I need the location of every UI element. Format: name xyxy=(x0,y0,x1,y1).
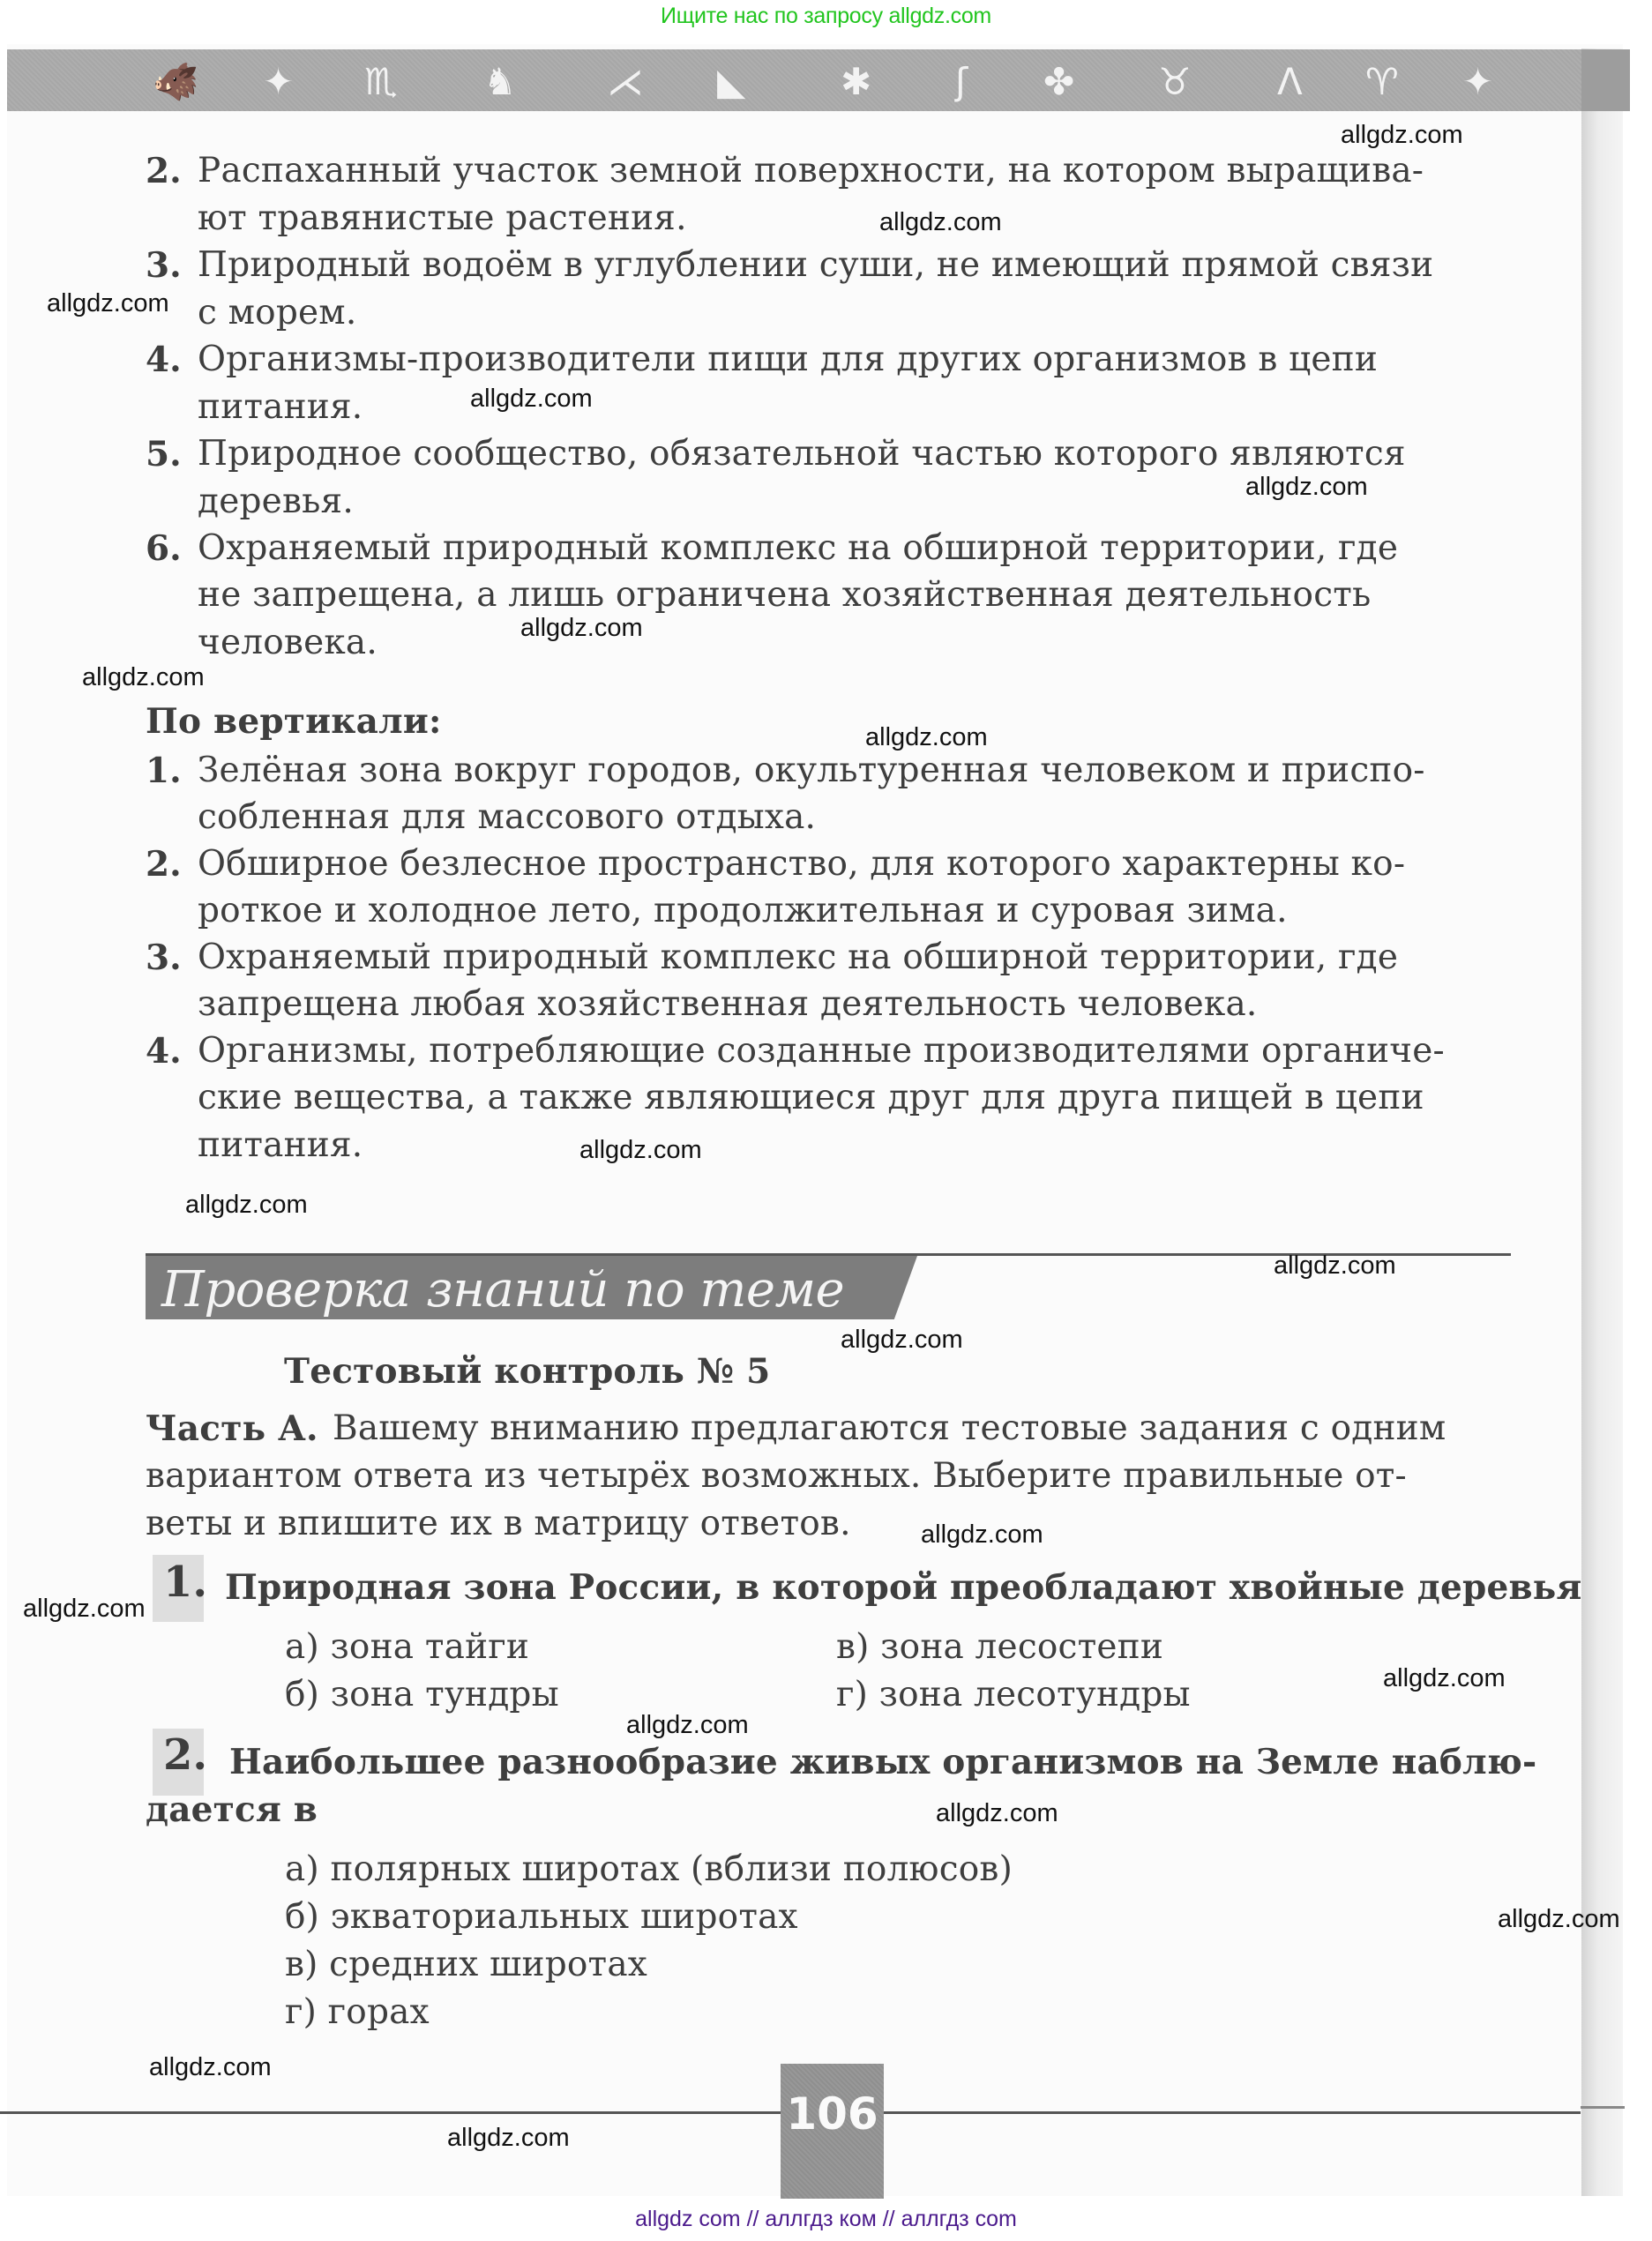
page-number-badge: 106 xyxy=(781,2064,884,2199)
answer-option-b[interactable]: б) экваториальных широтах xyxy=(285,1900,798,1935)
clue-line: роткое и холодное лето, продолжительная … xyxy=(198,893,1288,929)
watermark: allgdz.com xyxy=(1274,1251,1396,1281)
butterfly-icon: ✦ xyxy=(1462,63,1493,101)
question-text: Наибольшее разнообразие живых организмов… xyxy=(229,1744,1536,1780)
clue-number: 2. xyxy=(146,847,182,882)
clue-line: деревья. xyxy=(198,484,354,519)
answer-option-g[interactable]: г) горах xyxy=(285,1995,430,2030)
boar-icon: 🐗 xyxy=(153,63,198,101)
answer-option-g[interactable]: г) зона лесотундры xyxy=(836,1677,1191,1713)
butterfly-icon: ✦ xyxy=(263,63,294,101)
clue-number: 2. xyxy=(146,153,182,189)
bison-icon: ♉ xyxy=(1158,63,1192,101)
answer-option-v[interactable]: в) средних широтах xyxy=(285,1947,647,1983)
watermark: allgdz.com xyxy=(936,1799,1058,1828)
clue-line: питания. xyxy=(198,390,363,425)
clue-number: 3. xyxy=(146,248,182,283)
clue-line: с морем. xyxy=(198,295,356,331)
clue-line: Природный водоём в углублении суши, не и… xyxy=(198,248,1433,283)
question-text: Природная зона России, в которой преобла… xyxy=(225,1570,1581,1605)
answer-option-v[interactable]: в) зона лесостепи xyxy=(836,1630,1163,1665)
watermark: allgdz.com xyxy=(879,208,1002,237)
moth-icon: ✤ xyxy=(1043,63,1074,101)
bottom-banner[interactable]: allgdz com // аллгдз ком // аллгдз com xyxy=(0,2207,1652,2232)
beetle-icon: ✱ xyxy=(841,63,871,101)
clue-line: Организмы, потребляющие созданные произв… xyxy=(198,1034,1445,1069)
header-animal-band: 🐗 ✦ ♏ ♞ ⋌ ◣ ✱ ʃ ✤ ♉ ⴷ ♈ ✦ xyxy=(7,49,1581,111)
clue-line: Распаханный участок земной поверхности, … xyxy=(198,153,1424,189)
kangaroo-icon: ⴷ xyxy=(1277,63,1303,101)
clue-line: Организмы-производители пищи для других … xyxy=(198,342,1378,377)
section-title: Проверка знаний по теме xyxy=(161,1261,844,1318)
instruction-line: Вашему вниманию предлагаются тестовые за… xyxy=(333,1411,1446,1446)
watermark: allgdz.com xyxy=(47,289,169,318)
clue-number: 1. xyxy=(146,753,182,788)
watermark: allgdz.com xyxy=(447,2124,570,2153)
watermark: allgdz.com xyxy=(1498,1905,1620,1934)
clue-number: 5. xyxy=(146,437,182,472)
clue-line: Охраняемый природный комплекс на обширно… xyxy=(198,531,1398,566)
watermark: allgdz.com xyxy=(149,2053,272,2082)
clue-line: ские вещества, а также являющиеся друг д… xyxy=(198,1080,1424,1116)
question-text: дается в xyxy=(146,1792,318,1827)
page-number: 106 xyxy=(781,2088,884,2140)
watermark: allgdz.com xyxy=(626,1711,749,1740)
scorpion-icon: ♏ xyxy=(364,63,398,101)
clue-line: питания. xyxy=(198,1128,363,1163)
antelope-icon: ♈ xyxy=(1365,63,1399,101)
clue-number: 4. xyxy=(146,342,182,377)
clue-line: Природное сообщество, обязательной часть… xyxy=(198,437,1406,472)
watermark: allgdz.com xyxy=(470,385,593,414)
heron-icon: ʃ xyxy=(955,63,968,101)
clue-number: 3. xyxy=(146,940,182,975)
footer-rule-right xyxy=(884,2111,1581,2114)
clue-line: ют травянистые растения. xyxy=(198,201,687,236)
watermark: allgdz.com xyxy=(1383,1664,1506,1693)
watermark: allgdz.com xyxy=(921,1520,1043,1550)
clue-line: запрещена любая хозяйственная деятельнос… xyxy=(198,987,1258,1022)
whale-icon: ◣ xyxy=(717,63,745,101)
top-banner[interactable]: Ищите нас по запросу allgdz.com xyxy=(0,4,1652,29)
page-spine-shadow xyxy=(1581,49,1623,2196)
clue-line: Охраняемый природный комплекс на обширно… xyxy=(198,940,1398,975)
instruction-line: вариантом ответа из четырёх возможных. В… xyxy=(146,1459,1407,1494)
clue-line: Зелёная зона вокруг городов, окультуренн… xyxy=(198,753,1425,788)
bird-icon: ⋌ xyxy=(607,63,644,101)
vertical-heading: По вертикали: xyxy=(146,704,442,739)
part-a-label: Часть А. xyxy=(146,1411,318,1446)
watermark: allgdz.com xyxy=(841,1326,963,1355)
watermark: allgdz.com xyxy=(1341,121,1463,150)
section-header: Проверка знаний по теме xyxy=(146,1256,917,1319)
watermark: allgdz.com xyxy=(520,614,643,643)
clue-line: собленная для массового отдыха. xyxy=(198,800,816,835)
horse-icon: ♞ xyxy=(483,63,517,101)
answer-option-b[interactable]: б) зона тундры xyxy=(285,1677,559,1713)
footer-rule-left xyxy=(0,2111,781,2114)
question-number: 2. xyxy=(163,1737,207,1773)
band-shadow xyxy=(1581,49,1630,111)
clue-line: Обширное безлесное пространство, для кот… xyxy=(198,847,1405,882)
instruction-line: веты и впишите их в матрицу ответов. xyxy=(146,1506,851,1542)
answer-option-a[interactable]: а) полярных широтах (вблизи полюсов) xyxy=(285,1852,1013,1887)
test-title: Тестовый контроль № 5 xyxy=(284,1354,770,1389)
question-number: 1. xyxy=(163,1565,207,1600)
clue-line: не запрещена, а лишь ограничена хозяйств… xyxy=(198,578,1371,613)
watermark: allgdz.com xyxy=(579,1136,702,1165)
watermark: allgdz.com xyxy=(1245,473,1368,502)
watermark: allgdz.com xyxy=(185,1191,308,1220)
watermark: allgdz.com xyxy=(23,1595,146,1624)
watermark: allgdz.com xyxy=(82,663,205,692)
answer-option-a[interactable]: а) зона тайги xyxy=(285,1630,529,1665)
clue-line: человека. xyxy=(198,625,377,661)
clue-number: 4. xyxy=(146,1034,182,1069)
footer-rule-spine xyxy=(1581,2106,1625,2109)
watermark: allgdz.com xyxy=(865,723,988,752)
clue-number: 6. xyxy=(146,531,182,566)
